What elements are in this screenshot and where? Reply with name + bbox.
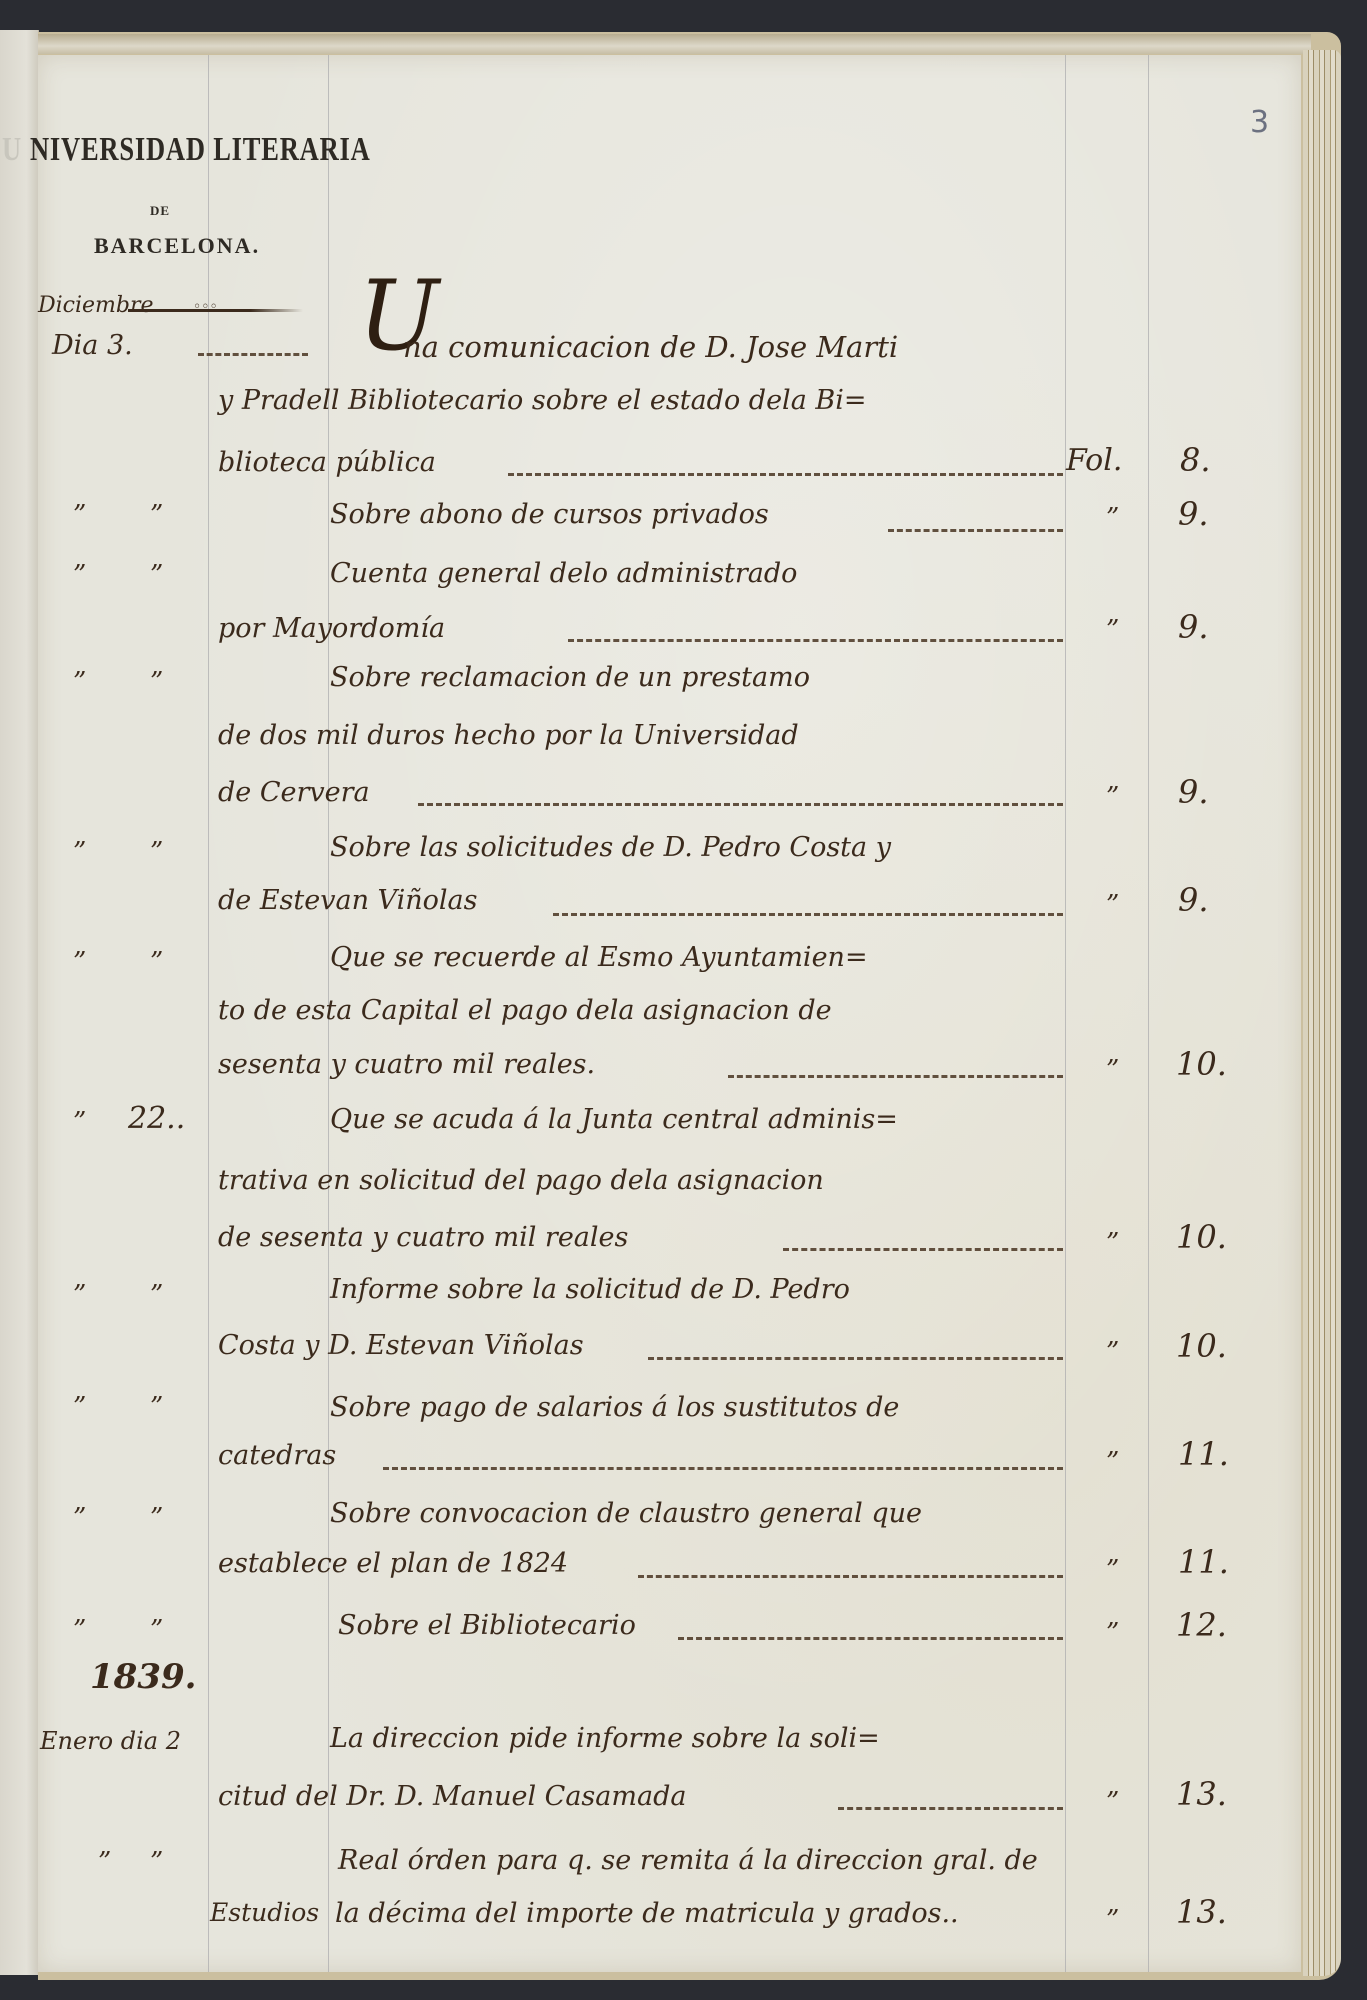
- leader-dashes: [838, 1807, 1063, 1812]
- folio-number: 10.: [1176, 1327, 1227, 1365]
- entry-line: catedras: [218, 1440, 336, 1471]
- entry-line: establece el plan de 1824: [218, 1548, 568, 1579]
- entry-line: Sobre pago de salarios á los sustitutos …: [330, 1392, 899, 1423]
- folio-pencil-mark: 3: [1250, 105, 1269, 140]
- entry-line: la décima del importe de matricula y gra…: [335, 1898, 959, 1929]
- ditto-mark: ”: [73, 560, 86, 590]
- folio-number: 11.: [1178, 1435, 1229, 1473]
- ditto-mark: ”: [1106, 1055, 1119, 1085]
- folio-number: 12.: [1176, 1606, 1227, 1644]
- leader-dashes: [638, 1575, 1063, 1580]
- ditto-mark: ”: [98, 1847, 111, 1877]
- leader-dashes: [418, 803, 1063, 808]
- folio-number: 9.: [1178, 608, 1209, 646]
- entry-line: trativa en solicitud del pago dela asign…: [218, 1165, 824, 1196]
- page-top-edge: [38, 34, 1311, 54]
- entry-line: Sobre reclamacion de un prestamo: [330, 662, 810, 693]
- column-rule-folio: [1148, 55, 1149, 1972]
- entry-date: 22..: [128, 1101, 185, 1136]
- month-heading: Diciembre: [38, 293, 154, 318]
- folio-number: 8.: [1180, 441, 1211, 479]
- folio-number: 11.: [1178, 1543, 1229, 1581]
- entry-line: La direccion pide informe sobre la soli=: [330, 1723, 880, 1754]
- ditto-mark: ”: [73, 1280, 86, 1310]
- ditto-mark: ”: [73, 1392, 86, 1422]
- entry-line: y Pradell Bibliotecario sobre el estado …: [218, 385, 866, 416]
- previous-page-edge: [0, 30, 39, 1975]
- ditto-mark: ”: [1106, 1618, 1119, 1648]
- ditto-mark: ”: [150, 667, 163, 697]
- entry-line: citud del Dr. D. Manuel Casamada: [218, 1781, 686, 1812]
- leader-dashes: [648, 1357, 1063, 1362]
- ditto-mark: ”: [73, 667, 86, 697]
- entry-line: Sobre abono de cursos privados: [330, 499, 769, 530]
- ditto-mark: ”: [73, 1107, 86, 1137]
- ditto-mark: ”: [1106, 782, 1119, 812]
- leader-dashes: [888, 529, 1063, 534]
- margin-note: Estudios: [210, 1898, 319, 1927]
- leader-dashes: [383, 1467, 1063, 1472]
- bleed-through-text: ⁠ ⁠ ⁠ ⁠ ⁠ ⁠ ⁠ ⁠ ⁠ ⁠ ⁠ ⁠ ⁠ ⁠ ⁠ ⁠ ⁠ ⁠ ⁠ ⁠ …: [598, 85, 854, 115]
- ditto-mark: ”: [1106, 503, 1119, 533]
- ditto-mark: ”: [150, 1392, 163, 1422]
- ditto-mark: ”: [1106, 1905, 1119, 1935]
- header-ghost-letter: U: [2, 131, 21, 169]
- ditto-mark: ”: [1106, 1228, 1119, 1258]
- ditto-mark: ”: [150, 837, 163, 867]
- leader-dashes: [553, 913, 1063, 918]
- ditto-mark: ”: [73, 837, 86, 867]
- entry-line: Sobre convocacion de claustro general qu…: [330, 1498, 922, 1529]
- flourish-ornament: [128, 309, 303, 312]
- ditto-mark: ”: [150, 947, 163, 977]
- column-rule-date: [208, 55, 209, 1972]
- entry-line: de Estevan Viñolas: [218, 885, 477, 916]
- entry-line: Que se acuda á la Junta central adminis=: [330, 1104, 898, 1135]
- ditto-mark: ”: [150, 500, 163, 530]
- entry-line: por Mayordomía: [218, 613, 445, 644]
- entry-line: Sobre el Bibliotecario: [338, 1610, 636, 1641]
- ditto-mark: ”: [150, 560, 163, 590]
- leader-dashes: [508, 473, 1063, 478]
- ditto-mark: ”: [150, 1280, 163, 1310]
- ditto-mark: ”: [1106, 1337, 1119, 1367]
- entry-line: de dos mil duros hecho por la Universida…: [218, 720, 799, 751]
- header-city: BARCELONA.: [94, 233, 260, 259]
- folio-number: 10.: [1176, 1045, 1227, 1083]
- ditto-mark: ”: [1106, 1787, 1119, 1817]
- leader-dashes: [568, 639, 1063, 644]
- entry-line: de Cervera: [218, 777, 370, 808]
- ditto-mark: ”: [73, 947, 86, 977]
- page-right-edge: [1303, 50, 1341, 1976]
- entry-line: to de esta Capital el pago dela asignaci…: [218, 995, 832, 1026]
- ditto-mark: ”: [150, 1847, 163, 1877]
- ditto-mark: ”: [150, 1615, 163, 1645]
- ditto-mark: ”: [1106, 1555, 1119, 1585]
- leader-dashes: [783, 1248, 1063, 1253]
- entry-line: Real órden para q. se remita á la direcc…: [338, 1845, 1038, 1876]
- entry-line: Sobre las solicitudes de D. Pedro Costa …: [330, 832, 891, 863]
- leader-dashes: [728, 1075, 1063, 1080]
- entry-line: na comunicacion de D. Jose Marti: [403, 330, 898, 364]
- ditto-mark: ”: [1106, 615, 1119, 645]
- folio-number: 9.: [1178, 881, 1209, 919]
- entry-date: Dia 3.: [52, 330, 133, 361]
- folio-number: 9.: [1178, 495, 1209, 533]
- entry-line: Que se recuerde al Esmo Ayuntamien=: [330, 942, 868, 973]
- entry-line: de sesenta y cuatro mil reales: [218, 1222, 628, 1253]
- entry-line: sesenta y cuatro mil reales.: [218, 1049, 595, 1080]
- entry-date: Enero dia 2: [40, 1727, 181, 1755]
- column-rule-fol: [1065, 55, 1066, 1972]
- year-heading: 1839.: [90, 1657, 196, 1697]
- header-university: NIVERSIDAD LITERARIA: [30, 131, 371, 169]
- ditto-mark: ”: [73, 1503, 86, 1533]
- folio-number: 10.: [1176, 1218, 1227, 1256]
- ditto-mark: ”: [73, 1615, 86, 1645]
- ditto-mark: ”: [73, 500, 86, 530]
- entry-line: Cuenta general delo administrado: [330, 558, 797, 589]
- entry-line: blioteca pública: [218, 447, 436, 478]
- folio-number: 13.: [1176, 1775, 1227, 1813]
- entry-line: Informe sobre la solicitud de D. Pedro: [330, 1274, 850, 1305]
- header-de: DE: [150, 203, 170, 219]
- ditto-mark: ”: [1106, 1447, 1119, 1477]
- entry-line: Costa y D. Estevan Viñolas: [218, 1330, 584, 1361]
- folio-number: 13.: [1176, 1893, 1227, 1931]
- ditto-mark: ”: [1106, 890, 1119, 920]
- ditto-mark: ”: [150, 1503, 163, 1533]
- leader-dashes: [198, 353, 308, 358]
- fol-label: Fol.: [1066, 443, 1122, 478]
- ledger-page: ⁠ ⁠ ⁠ ⁠ ⁠ ⁠ ⁠ ⁠ ⁠ ⁠ ⁠ ⁠ ⁠ ⁠ ⁠ ⁠ ⁠ ⁠ ⁠ ⁠ …: [38, 55, 1301, 1972]
- folio-number: 9.: [1178, 773, 1209, 811]
- leader-dashes: [678, 1637, 1063, 1642]
